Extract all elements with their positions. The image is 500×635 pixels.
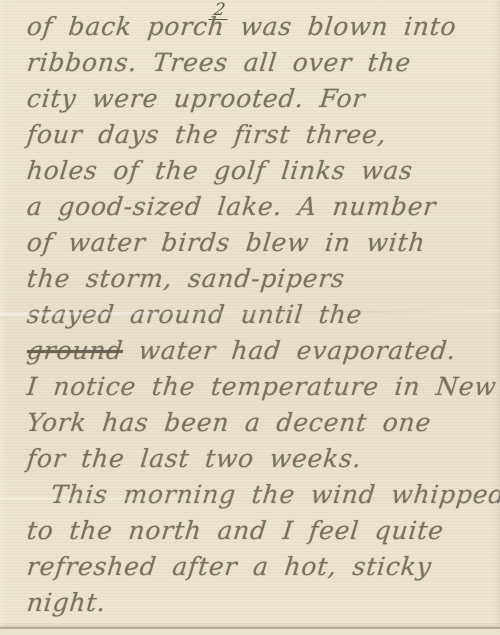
letter-line: I notice the temperature in New [25, 369, 496, 405]
letter-page: 2 of back porch was blown intoribbons. T… [0, 0, 500, 635]
letter-line: night. [25, 585, 496, 621]
letter-line: of water birds blew in with [25, 225, 496, 261]
letter-line: city were uprooted. For [25, 81, 496, 117]
letter-line: stayed around until the [25, 297, 496, 333]
letter-line: holes of the golf links was [25, 153, 496, 189]
letter-line: of back porch was blown into [25, 9, 496, 45]
letter-line: ground water had evaporated. [25, 333, 496, 369]
letter-line: This morning the wind whipped [25, 477, 496, 513]
letter-line: a good-sized lake. A number [25, 189, 496, 225]
letter-line: ribbons. Trees all over the [25, 45, 496, 81]
letter-line: for the last two weeks. [25, 441, 496, 477]
letter-line: refreshed after a hot, sticky [25, 549, 496, 585]
letter-line: to the north and I feel quite [25, 513, 496, 549]
paper-bottom-edge [0, 627, 500, 635]
letter-body: of back porch was blown intoribbons. Tre… [27, 9, 494, 621]
struck-word: ground [26, 336, 125, 365]
letter-line: four days the first three, [25, 117, 496, 153]
letter-line: the storm, sand-pipers [25, 261, 496, 297]
letter-line: York has been a decent one [25, 405, 496, 441]
letter-text: water had evaporated. [122, 336, 458, 365]
